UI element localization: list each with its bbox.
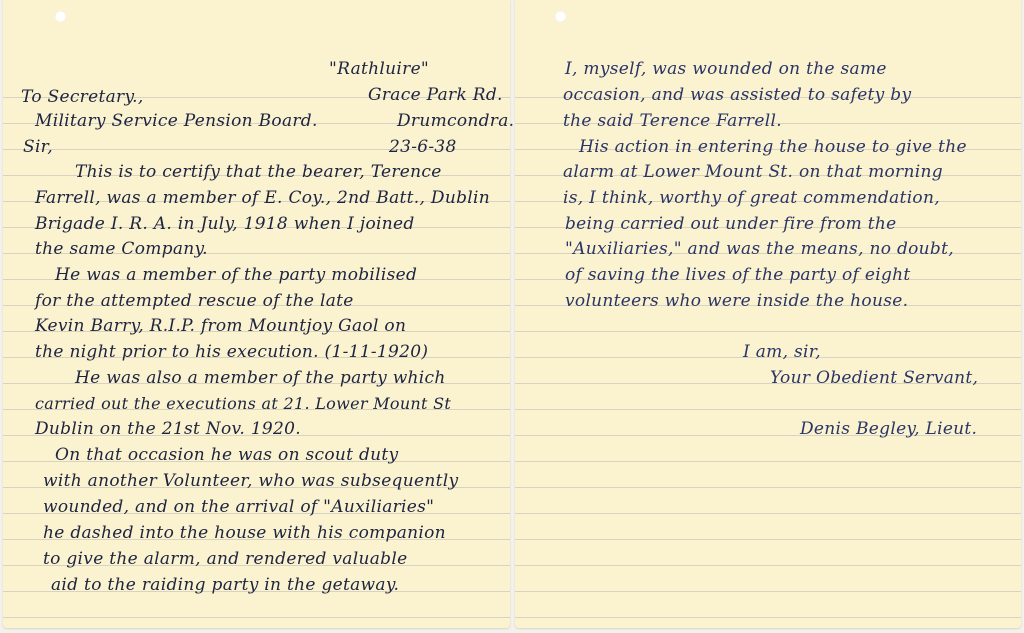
body-line: the same Company.: [35, 236, 208, 262]
body-line: carried out the executions at 21. Lower …: [35, 391, 451, 417]
body-line: volunteers who were inside the house.: [565, 288, 908, 314]
body-line: Dublin on the 21st Nov. 1920.: [35, 416, 301, 442]
salutation: Sir,: [23, 134, 53, 160]
body-line: is, I think, worthy of great commendatio…: [563, 185, 940, 211]
body-line: "Auxiliaries," and was the means, no dou…: [565, 236, 954, 262]
letter-page-2: I, myself, was wounded on the same occas…: [515, 0, 1021, 628]
body-line: with another Volunteer, who was subseque…: [43, 468, 458, 494]
body-line: to give the alarm, and rendered valuable: [43, 546, 407, 572]
body-line: I, myself, was wounded on the same: [565, 56, 887, 82]
recipient-line-2: Military Service Pension Board.: [35, 108, 318, 134]
body-line: alarm at Lower Mount St. on that morning: [563, 159, 943, 185]
body-line: being carried out under fire from the: [565, 211, 897, 237]
closing-line-2: Your Obedient Servant,: [770, 365, 978, 391]
body-line: He was a member of the party mobilised: [55, 262, 417, 288]
body-line: Farrell, was a member of E. Coy., 2nd Ba…: [35, 185, 490, 211]
address-district: Drumcondra.: [397, 108, 514, 134]
signature: Denis Begley, Lieut.: [800, 416, 977, 442]
body-line: for the attempted rescue of the late: [35, 288, 354, 314]
recipient-line-1: To Secretary.,: [21, 84, 144, 110]
address-street: Grace Park Rd.: [368, 82, 503, 108]
letter-page-1: "Rathluire" Grace Park Rd. To Secretary.…: [3, 0, 510, 628]
body-line: Brigade I. R. A. in July, 1918 when I jo…: [35, 211, 415, 237]
body-line: He was also a member of the party which: [75, 365, 446, 391]
body-line: aid to the raiding party in the getaway.: [51, 572, 399, 598]
closing-line-1: I am, sir,: [743, 339, 821, 365]
body-line: the said Terence Farrell.: [563, 108, 782, 134]
letter-date: 23-6-38: [389, 134, 457, 160]
body-line: This is to certify that the bearer, Tere…: [75, 159, 442, 185]
body-line: occasion, and was assisted to safety by: [563, 82, 911, 108]
body-line: Kevin Barry, R.I.P. from Mountjoy Gaol o…: [35, 313, 406, 339]
body-line: the night prior to his execution. (1-11-…: [35, 339, 428, 365]
address-house-name: "Rathluire": [329, 56, 429, 82]
body-line: of saving the lives of the party of eigh…: [565, 262, 911, 288]
body-line: wounded, and on the arrival of "Auxiliar…: [43, 494, 434, 520]
body-line: On that occasion he was on scout duty: [55, 442, 398, 468]
body-line: he dashed into the house with his compan…: [43, 520, 446, 546]
punch-hole: [55, 11, 66, 22]
body-line: His action in entering the house to give…: [579, 134, 967, 160]
punch-hole: [555, 11, 566, 22]
